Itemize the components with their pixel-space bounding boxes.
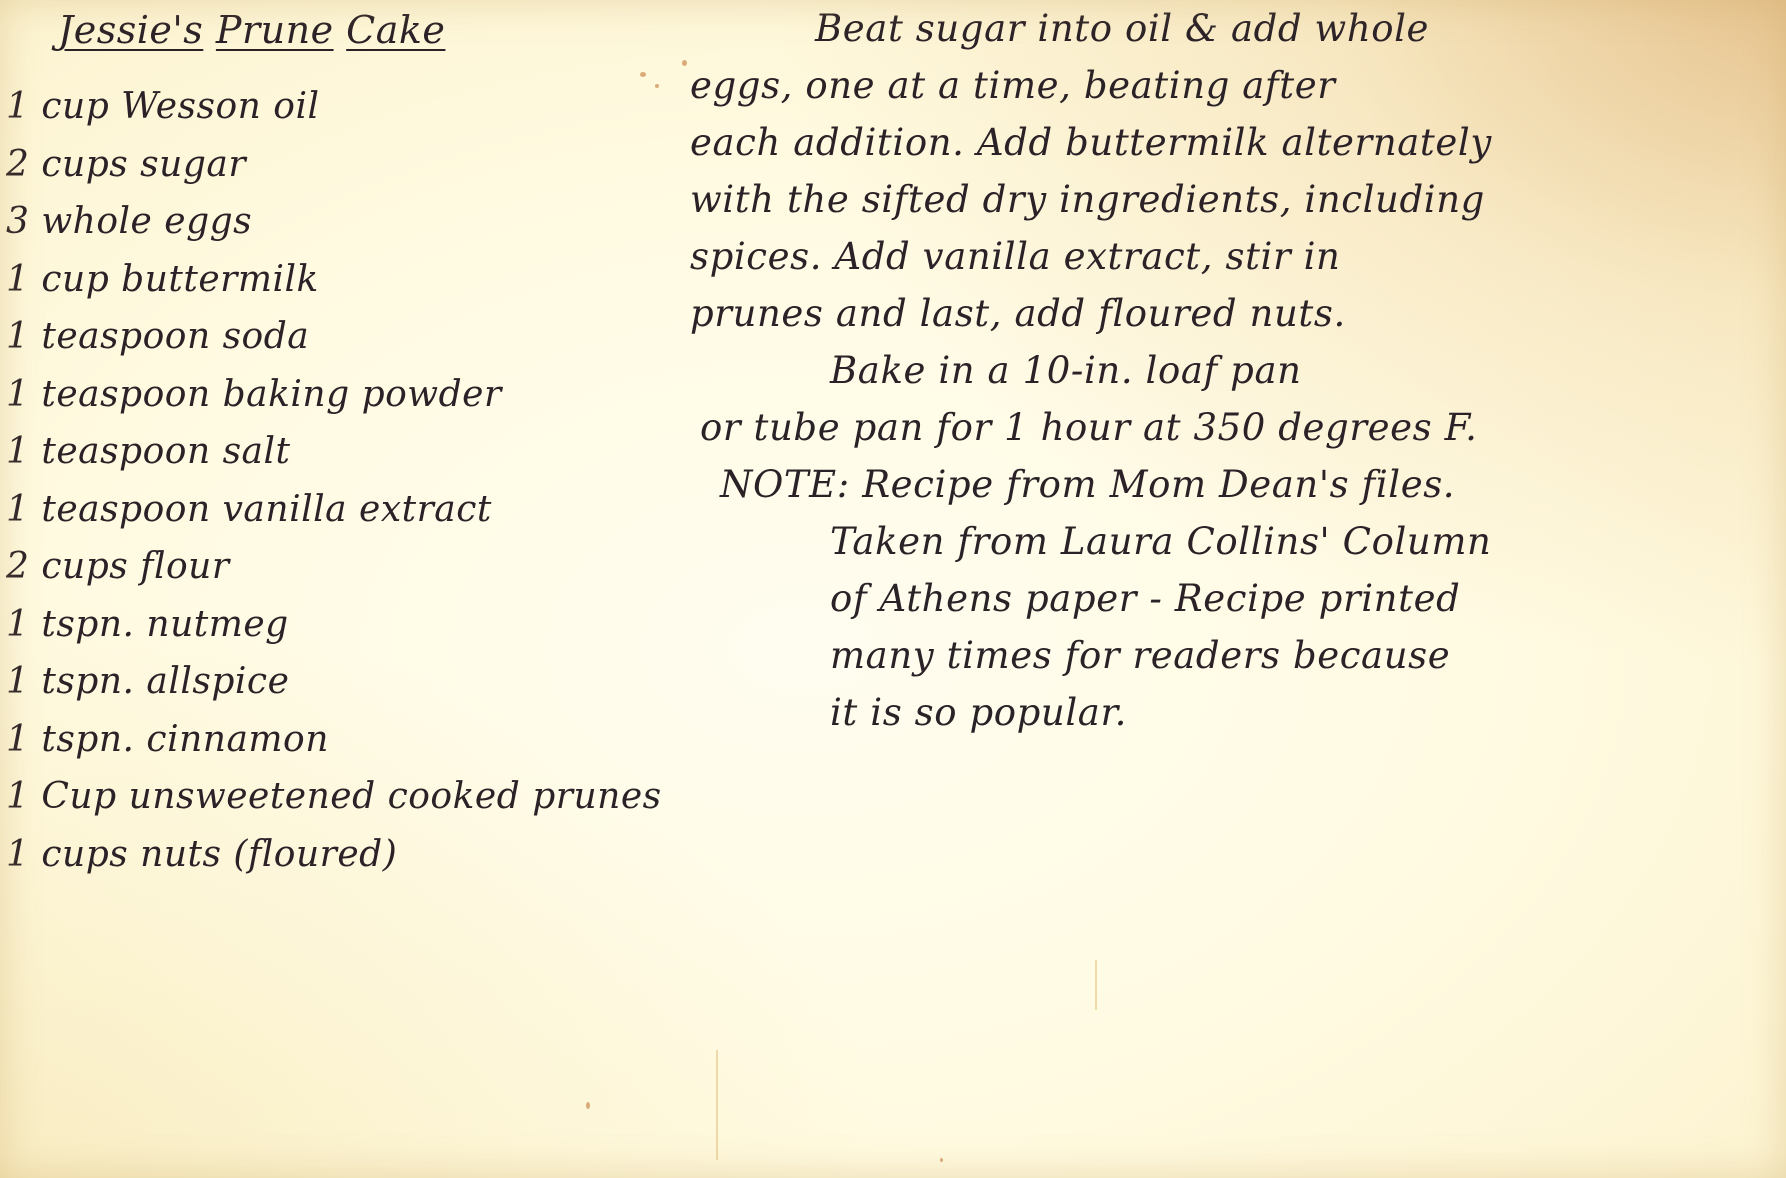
ingredient-item: 2 cups flour — [6, 538, 662, 596]
ingredient-item: 2 cups sugar — [6, 136, 662, 194]
title-word-jessies: Jessie's — [58, 8, 203, 52]
ingredient-item: 1 cup buttermilk — [6, 251, 662, 309]
direction-line: spices. Add vanilla extract, stir in — [690, 228, 1770, 285]
note-line: of Athens paper - Recipe printed — [690, 570, 1770, 627]
ingredient-item: 1 cups nuts (floured) — [6, 826, 662, 884]
direction-line: with the sifted dry ingredients, includi… — [690, 171, 1770, 228]
direction-line: Beat sugar into oil & add whole — [690, 0, 1770, 57]
ingredient-item: 1 teaspoon vanilla extract — [6, 481, 662, 539]
age-stain — [640, 72, 646, 77]
age-stain — [586, 1102, 590, 1109]
ingredient-list: 1 cup Wesson oil 2 cups sugar 3 whole eg… — [6, 78, 662, 883]
direction-line: prunes and last, add floured nuts. — [690, 285, 1770, 342]
baking-line: Bake in a 10-in. loaf pan — [690, 342, 1770, 399]
note-line: NOTE: Recipe from Mom Dean's files. — [690, 456, 1770, 513]
ingredient-item: 1 teaspoon baking powder — [6, 366, 662, 424]
title-word-cake: Cake — [346, 8, 445, 52]
age-stain — [655, 84, 659, 88]
direction-line: each addition. Add buttermilk alternatel… — [690, 114, 1770, 171]
direction-line: eggs, one at a time, beating after — [690, 57, 1770, 114]
recipe-title: Jessie's Prune Cake — [58, 8, 445, 52]
age-streak — [1095, 960, 1097, 1010]
note-line: Taken from Laura Collins' Column — [690, 513, 1770, 570]
ingredient-item: 1 teaspoon soda — [6, 308, 662, 366]
baking-line: or tube pan for 1 hour at 350 degrees F. — [690, 399, 1770, 456]
ingredient-item: 1 tspn. allspice — [6, 653, 662, 711]
age-stain — [940, 1158, 943, 1162]
ingredient-item: 1 Cup unsweetened cooked prunes — [6, 768, 662, 826]
ingredient-item: 1 tspn. nutmeg — [6, 596, 662, 654]
note-line: many times for readers because — [690, 627, 1770, 684]
title-word-prune: Prune — [216, 8, 334, 52]
ingredient-item: 1 cup Wesson oil — [6, 78, 662, 136]
ingredient-item: 1 teaspoon salt — [6, 423, 662, 481]
age-stain — [682, 60, 687, 66]
ingredient-item: 1 tspn. cinnamon — [6, 711, 662, 769]
note-line: it is so popular. — [690, 684, 1770, 741]
recipe-card: Jessie's Prune Cake 1 cup Wesson oil 2 c… — [0, 0, 1786, 1178]
directions-block: Beat sugar into oil & add whole eggs, on… — [690, 0, 1770, 741]
age-streak — [716, 1050, 718, 1160]
ingredient-item: 3 whole eggs — [6, 193, 662, 251]
